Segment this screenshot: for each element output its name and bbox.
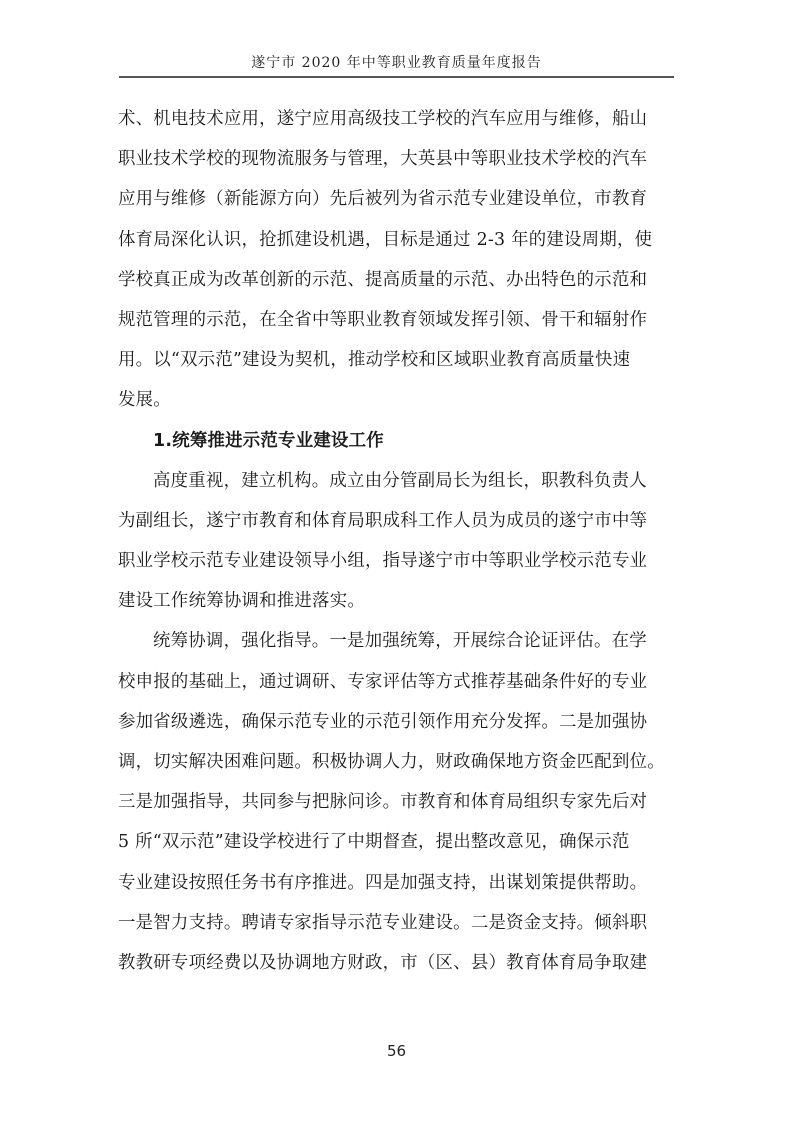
paragraph-line: 参加省级遴选，确保示范专业的示范引领作用充分发挥。二是加强协 xyxy=(118,702,674,742)
document-page: 遂宁市 2020 年中等职业教育质量年度报告 术、机电技术应用，遂宁应用高级技工… xyxy=(0,0,793,1122)
paragraph-line: 三是加强指导，共同参与把脉问诊。市教育和体育局组织专家先后对 xyxy=(118,782,674,822)
paragraph-line: 应用与维修（新能源方向）先后被列为省示范专业建设单位，市教育 xyxy=(118,179,674,219)
paragraph-line: 高度重视，建立机构。成立由分管副局长为组长，职教科负责人 xyxy=(118,461,674,501)
paragraph-line: 统筹协调，强化指导。一是加强统筹，开展综合论证评估。在学 xyxy=(118,621,674,661)
paragraph-line: 用。以“双示范”建设为契机，推动学校和区域职业教育高质量快速 xyxy=(118,340,674,380)
paragraph-line: 学校真正成为改革创新的示范、提高质量的示范、办出特色的示范和 xyxy=(118,260,674,300)
page-number: 56 xyxy=(0,1042,793,1060)
paragraph-line: 校申报的基础上，通过调研、专家评估等方式推荐基础条件好的专业 xyxy=(118,662,674,702)
paragraph-line: 规范管理的示范，在全省中等职业教育领域发挥引领、骨干和辐射作 xyxy=(118,300,674,340)
paragraph-line: 发展。 xyxy=(118,380,674,420)
paragraph-line: 职业学校示范专业建设领导小组，指导遂宁市中等职业学校示范专业 xyxy=(118,541,674,581)
paragraph-line: 体育局深化认识，抢抓建设机遇，目标是通过 2-3 年的建设周期，使 xyxy=(118,220,674,260)
paragraph-line: 术、机电技术应用，遂宁应用高级技工学校的汽车应用与维修，船山 xyxy=(118,99,674,139)
paragraph-line: 5 所“双示范”建设学校进行了中期督查，提出整改意见，确保示范 xyxy=(118,822,674,862)
running-header-title: 遂宁市 2020 年中等职业教育质量年度报告 xyxy=(120,52,673,72)
paragraph-line: 调，切实解决困难问题。积极协调人力，财政确保地方资金匹配到位。 xyxy=(118,742,674,782)
header-divider xyxy=(119,76,674,78)
paragraph-line: 职业技术学校的现物流服务与管理，大英县中等职业技术学校的汽车 xyxy=(118,139,674,179)
paragraph-line: 专业建设按照任务书有序推进。四是加强支持，出谋划策提供帮助。 xyxy=(118,863,674,903)
paragraph-line: 一是智力支持。聘请专家指导示范专业建设。二是资金支持。倾斜职 xyxy=(118,903,674,943)
paragraph-line: 建设工作统筹协调和推进落实。 xyxy=(118,581,674,621)
section-heading: 1.统筹推进示范专业建设工作 xyxy=(118,421,674,461)
paragraph-line: 教教研专项经费以及协调地方财政，市（区、县）教育体育局争取建 xyxy=(118,943,674,983)
paragraph-line: 为副组长，遂宁市教育和体育局职成科工作人员为成员的遂宁市中等 xyxy=(118,501,674,541)
body-text: 术、机电技术应用，遂宁应用高级技工学校的汽车应用与维修，船山 职业技术学校的现物… xyxy=(118,99,674,983)
